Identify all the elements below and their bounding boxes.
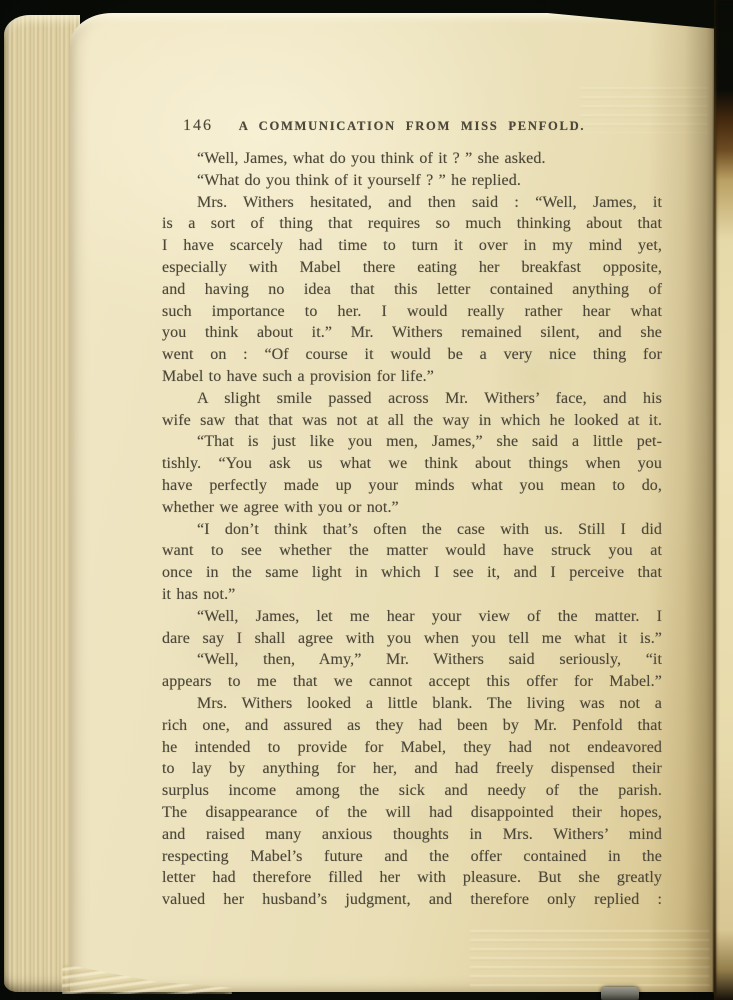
facing-page-sliver (714, 0, 733, 1000)
text-line: “That is just like you men, James,” she … (162, 431, 662, 453)
text-line: I have scarcely had time to turn it over… (162, 235, 662, 257)
text-line: want to see whether the matter would hav… (162, 540, 662, 562)
text-line: appears to me that we cannot accept this… (162, 671, 662, 693)
text-line: you think about it.” Mr. Withers remaine… (162, 322, 662, 344)
gutter-crease (713, 26, 716, 994)
text-line: he intended to provide for Mabel, they h… (162, 737, 662, 759)
text-line: “Well, then, Amy,” Mr. Withers said seri… (162, 649, 662, 671)
text-line: it has not.” (162, 584, 662, 606)
text-line: A slight smile passed across Mr. Withers… (162, 388, 662, 410)
text-line: letter had therefore filled her with ple… (162, 867, 662, 889)
text-line: Mabel to have such a provision for life.… (162, 366, 662, 388)
text-line: especially with Mabel there eating her b… (162, 257, 662, 279)
text-line: rich one, and assured as they had been b… (162, 715, 662, 737)
running-title: A COMMUNICATION FROM MISS PENFOLD. (162, 119, 662, 134)
text-line: valued her husband’s judgment, and there… (162, 889, 662, 911)
text-line: is a sort of thing that requires so much… (162, 213, 662, 235)
show-through-lines-bottom (470, 930, 710, 986)
bottom-edge-object (601, 987, 639, 1000)
text-line: “Well, James, let me hear your view of t… (162, 606, 662, 628)
text-line: respecting Mabel’s future and the offer … (162, 846, 662, 868)
text-line: The disappearance of the will had disapp… (162, 802, 662, 824)
book-page: 146 A COMMUNICATION FROM MISS PENFOLD. “… (70, 13, 714, 992)
page-header: 146 A COMMUNICATION FROM MISS PENFOLD. (162, 116, 662, 138)
page-text: “Well, James, what do you think of it ? … (162, 148, 662, 911)
text-line: “I don’t think that’s often the case wit… (162, 519, 662, 541)
scanned-book-photo: 146 A COMMUNICATION FROM MISS PENFOLD. “… (0, 0, 733, 1000)
text-line: Mrs. Withers hesitated, and then said : … (162, 192, 662, 214)
text-line: such importance to her. I would really r… (162, 301, 662, 323)
text-line: Mrs. Withers looked a little blank. The … (162, 693, 662, 715)
page-fore-edge-stack (4, 15, 80, 992)
text-line: to lay by anything for her, and had free… (162, 758, 662, 780)
text-line: tishly. “You ask us what we think about … (162, 453, 662, 475)
text-line: have perfectly made up your minds what y… (162, 475, 662, 497)
text-line: wife saw that that was not at all the wa… (162, 410, 662, 432)
text-line: “Well, James, what do you think of it ? … (162, 148, 662, 170)
text-line: went on : “Of course it would be a very … (162, 344, 662, 366)
text-line: “What do you think of it yourself ? ” he… (162, 170, 662, 192)
text-line: whether we agree with you or not.” (162, 497, 662, 519)
text-line: surplus income among the sick and needy … (162, 780, 662, 802)
text-line: dare say I shall agree with you when you… (162, 628, 662, 650)
text-line: and raised many anxious thoughts in Mrs.… (162, 824, 662, 846)
text-line: once in the same light in which I see it… (162, 562, 662, 584)
text-line: and having no idea that this letter cont… (162, 279, 662, 301)
